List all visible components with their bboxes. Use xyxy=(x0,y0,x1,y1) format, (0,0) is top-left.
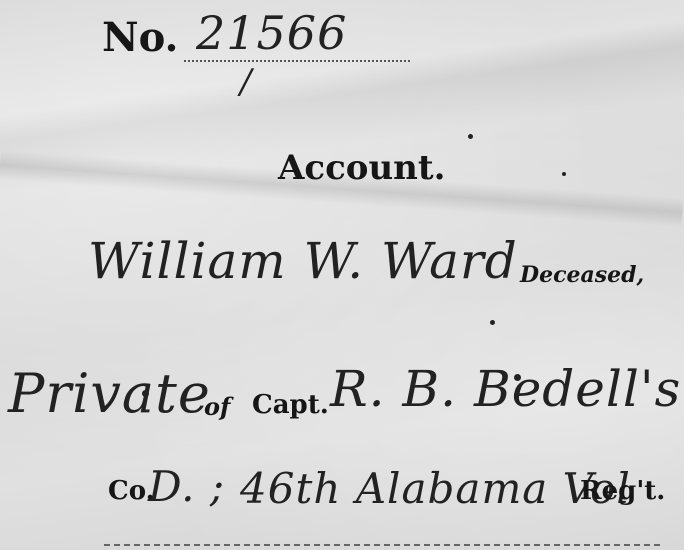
rank-value: Private xyxy=(8,362,211,425)
bottom-rule xyxy=(104,544,660,546)
number-label: No. xyxy=(102,14,178,61)
document-title: Account. xyxy=(278,148,445,188)
deceased-label: Deceased, xyxy=(520,262,644,288)
ink-speck xyxy=(490,320,495,325)
ink-speck xyxy=(514,374,521,381)
regiment-value: 46th Alabama Vol xyxy=(240,464,631,513)
regiment-label: Reg't. xyxy=(580,476,665,506)
soldier-name: William W. Ward xyxy=(88,232,518,290)
captain-name: R. B. Bedell's xyxy=(330,360,681,418)
ink-speck xyxy=(142,390,149,397)
number-underline xyxy=(184,60,410,62)
ink-speck xyxy=(562,172,566,176)
company-value: D. ; xyxy=(148,462,225,511)
captain-label: Capt. xyxy=(252,390,329,420)
of-label: of xyxy=(204,392,230,421)
number-value: 21566 xyxy=(196,6,347,60)
number-subscript-mark: / xyxy=(240,62,252,102)
ink-speck xyxy=(468,134,473,139)
